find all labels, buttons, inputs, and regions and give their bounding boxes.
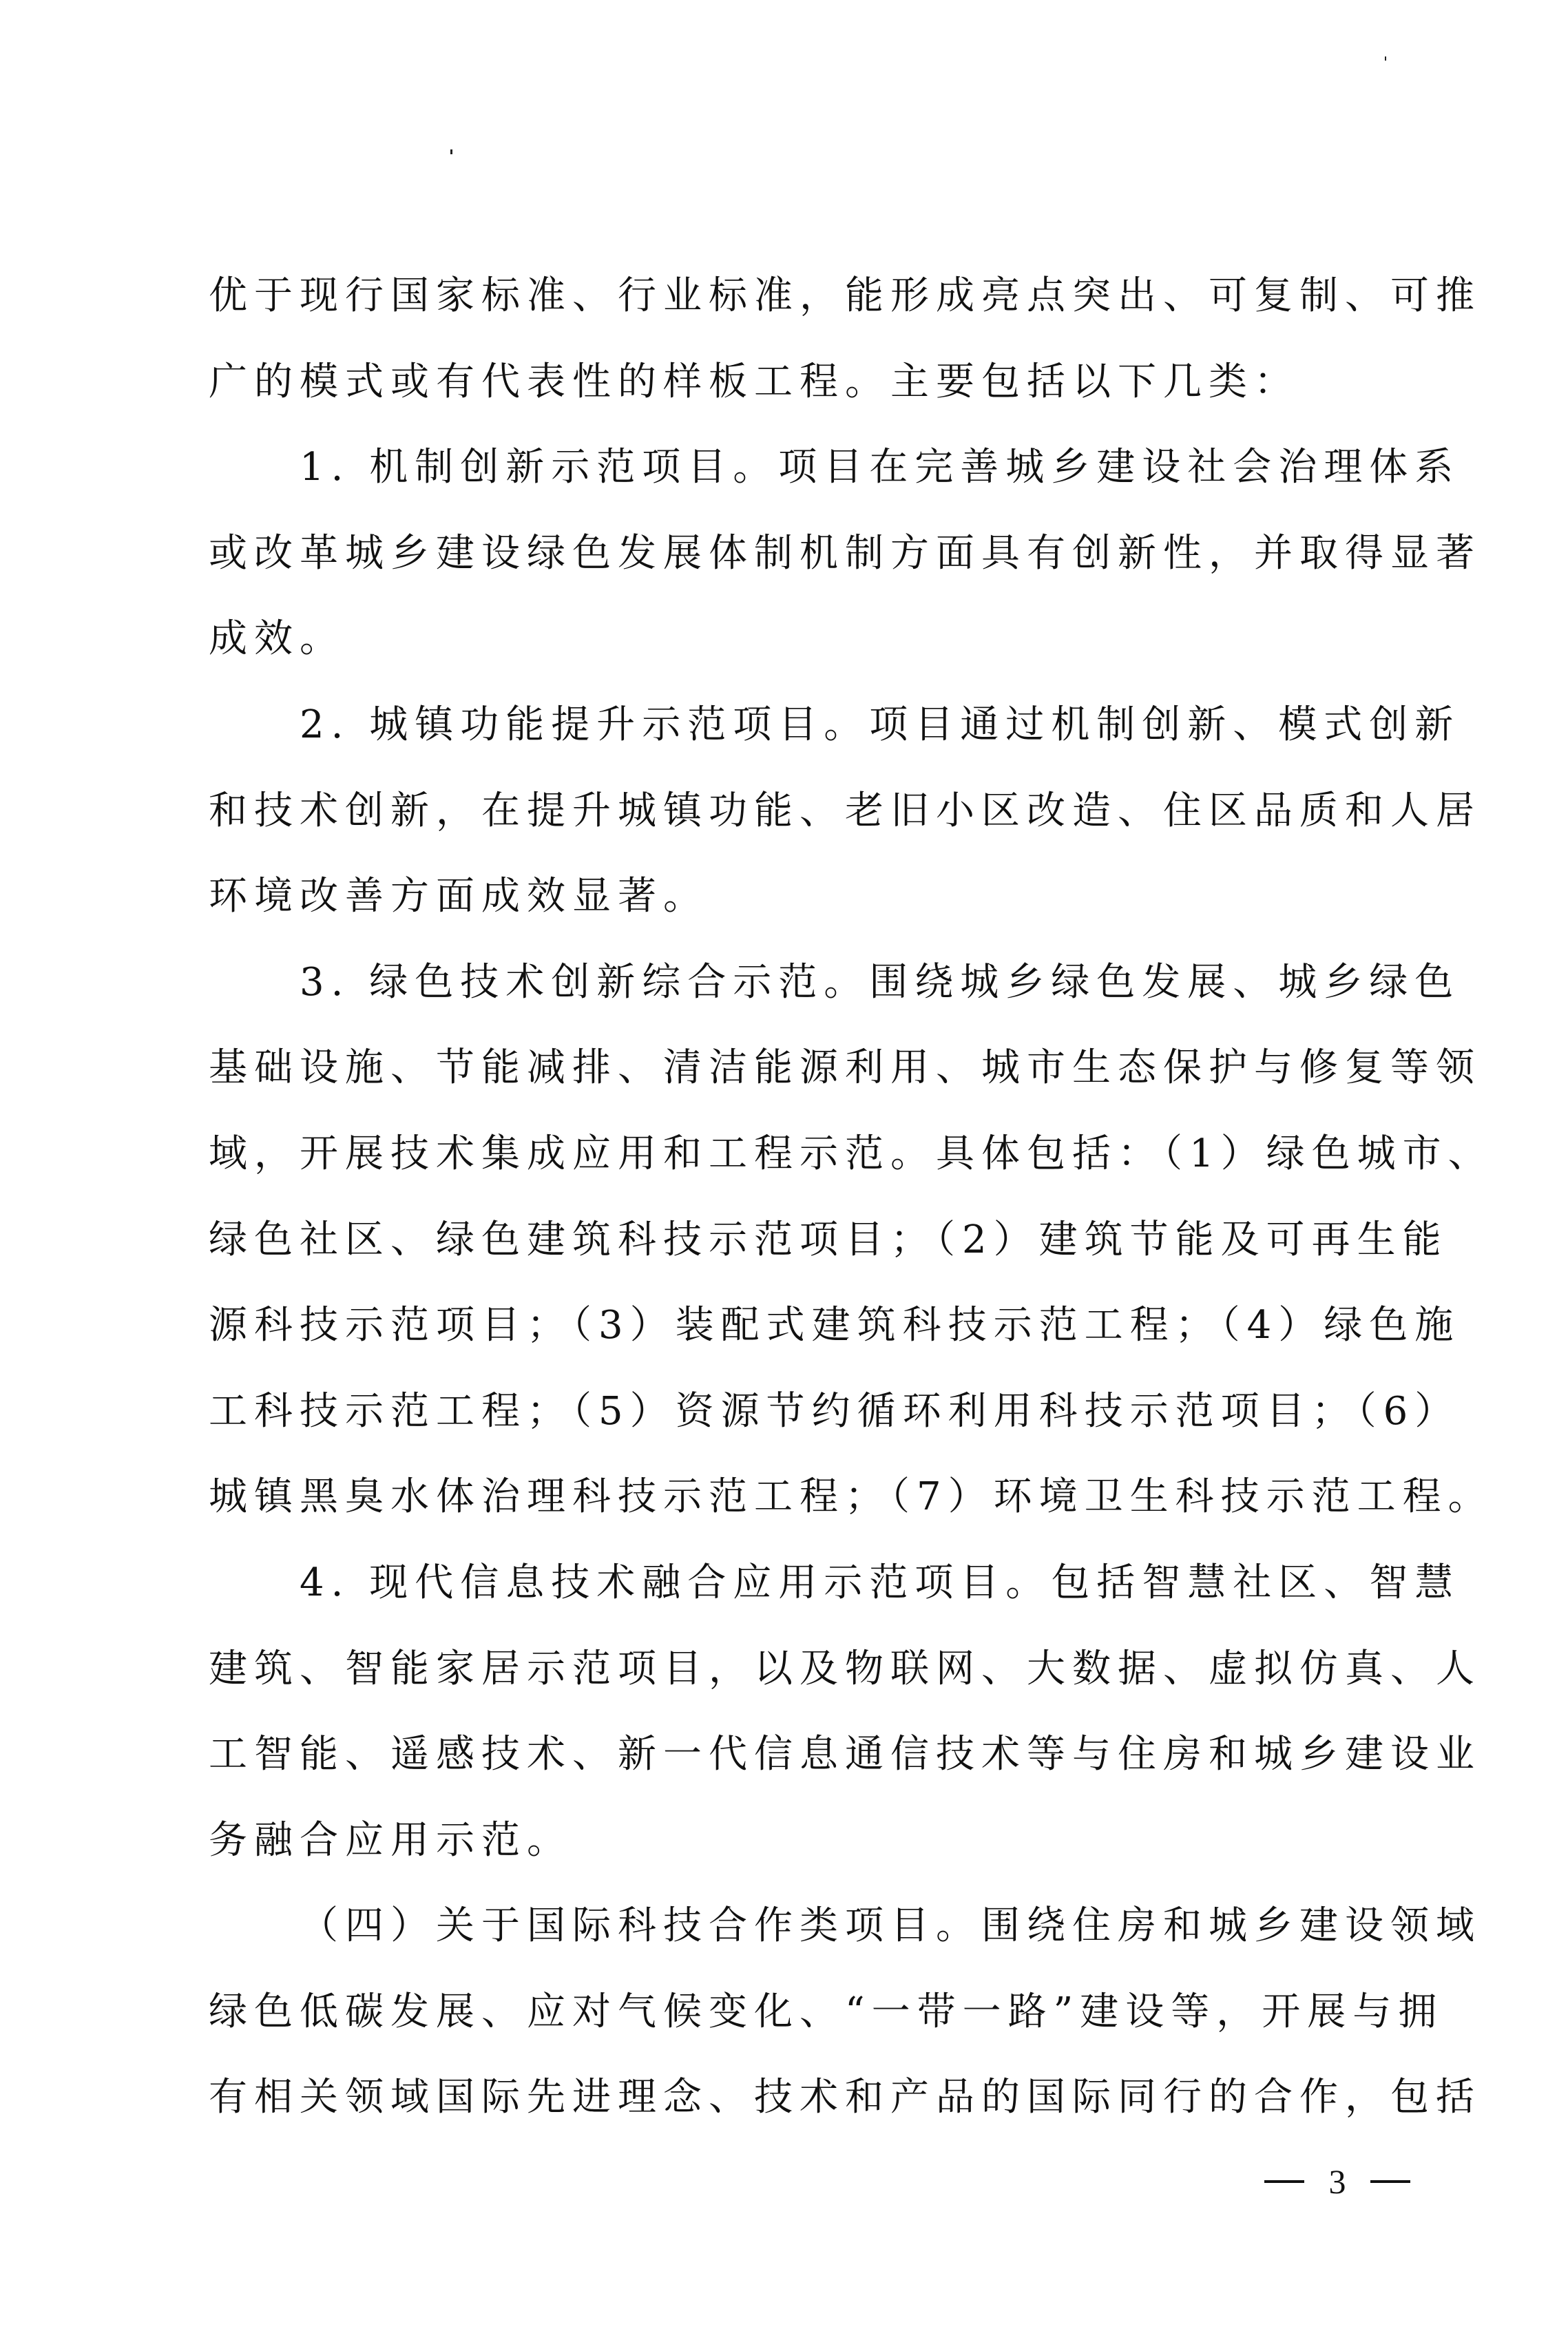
page-number-value: 3 — [1329, 2161, 1346, 2202]
paragraph-line: 绿色低碳发展、应对气候变化、“一带一路”建设等，开展与拥 — [209, 1969, 1448, 2056]
page-number-left-dash — [1264, 2180, 1304, 2183]
page-number: 3 — [1264, 2161, 1410, 2202]
page-number-right-dash — [1370, 2180, 1410, 2183]
paragraph-line: 或改革城乡建设绿色发展体制机制方面具有创新性，并取得显著 — [209, 511, 1448, 597]
document-page: 优于现行国家标准、行业标准，能形成亮点突出、可复制、可推 广的模式或有代表性的样… — [0, 0, 1568, 2331]
paragraph-line: 源科技示范项目；（3）装配式建筑科技示范工程；（4）绿色施 — [209, 1283, 1448, 1369]
paragraph-line: 绿色社区、绿色建筑科技示范项目；（2）建筑节能及可再生能 — [209, 1198, 1448, 1284]
item-4-heading-line: 4. 现代信息技术融合应用示范项目。包括智慧社区、智慧 — [209, 1540, 1448, 1627]
paragraph-line: 成效。 — [209, 596, 1448, 682]
section-4-heading-line: （四）关于国际科技合作类项目。围绕住房和城乡建设领域 — [209, 1883, 1448, 1969]
paragraph-line: 建筑、智能家居示范项目，以及物联网、大数据、虚拟仿真、人 — [209, 1627, 1448, 1713]
item-3-heading-line: 3. 绿色技术创新综合示范。围绕城乡绿色发展、城乡绿色 — [209, 940, 1448, 1026]
paragraph-line: 工科技示范工程；（5）资源节约循环利用科技示范项目；（6） — [209, 1369, 1448, 1455]
paragraph-line: 务融合应用示范。 — [209, 1798, 1448, 1884]
paragraph-line: 和技术创新，在提升城镇功能、老旧小区改造、住区品质和人居 — [209, 769, 1448, 855]
paragraph-line: 优于现行国家标准、行业标准，能形成亮点突出、可复制、可推 — [209, 253, 1448, 339]
scan-speck — [450, 149, 452, 154]
item-2-heading-line: 2. 城镇功能提升示范项目。项目通过机制创新、模式创新 — [209, 682, 1448, 769]
item-1-heading-line: 1. 机制创新示范项目。项目在完善城乡建设社会治理体系 — [209, 425, 1448, 511]
body-text: 优于现行国家标准、行业标准，能形成亮点突出、可复制、可推 广的模式或有代表性的样… — [209, 253, 1448, 2141]
paragraph-line: 域，开展技术集成应用和工程示范。具体包括：（1）绿色城市、 — [209, 1111, 1448, 1198]
paragraph-line: 有相关领域国际先进理念、技术和产品的国际同行的合作，包括 — [209, 2055, 1448, 2141]
paragraph-line: 基础设施、节能减排、清洁能源利用、城市生态保护与修复等领 — [209, 1025, 1448, 1111]
paragraph-line: 工智能、遥感技术、新一代信息通信技术等与住房和城乡建设业 — [209, 1712, 1448, 1798]
paragraph-line: 城镇黑臭水体治理科技示范工程；（7）环境卫生科技示范工程。 — [209, 1454, 1448, 1540]
paragraph-line: 广的模式或有代表性的样板工程。主要包括以下几类： — [209, 339, 1448, 426]
scan-speck — [1385, 56, 1386, 61]
paragraph-line: 环境改善方面成效显著。 — [209, 854, 1448, 940]
